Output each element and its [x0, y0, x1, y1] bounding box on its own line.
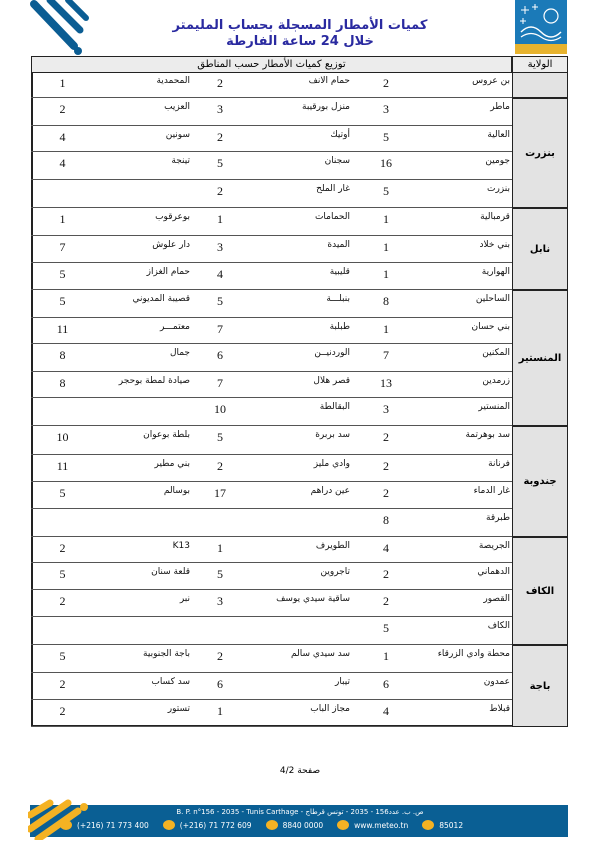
- rainfall-value: 1: [375, 267, 397, 288]
- rainfall-value: 13: [375, 376, 397, 396]
- rainfall-value: 1: [205, 212, 235, 234]
- region-cell: بنزرت: [512, 98, 568, 208]
- station-name: غار الدماء: [395, 486, 510, 507]
- row-divider: [31, 589, 512, 590]
- row-divider: [31, 262, 512, 263]
- footer-contacts: (+216) 71 773 400 (+216) 71 772 609 8840…: [60, 820, 560, 830]
- rainfall-value: 1: [205, 704, 235, 725]
- station-name: بنزرت: [395, 184, 510, 206]
- rainfall-value: 11: [50, 459, 75, 480]
- rainfall-value: 10: [205, 402, 235, 424]
- station-name: سونين: [80, 130, 190, 150]
- rainfall-value: 1: [205, 541, 235, 561]
- station-name: الميدة: [225, 240, 350, 261]
- row-divider: [31, 508, 512, 509]
- rainfall-value: 16: [375, 156, 397, 178]
- station-name: الوردنيــن: [225, 348, 350, 370]
- rainfall-value: 5: [50, 267, 75, 288]
- rainfall-value: 2: [375, 486, 397, 507]
- region-cell: باجة: [512, 645, 568, 727]
- station-name: قلعة سنان: [80, 567, 190, 588]
- region-cell: [512, 72, 568, 98]
- rainfall-value: 1: [50, 212, 75, 234]
- station-name: قصر هلال: [225, 376, 350, 396]
- row-divider: [31, 425, 512, 426]
- station-name: [225, 513, 350, 535]
- station-name: [80, 513, 190, 535]
- sms-icon: [422, 820, 434, 830]
- rainfall-value: 8: [375, 513, 397, 535]
- station-name: الطويرف: [225, 541, 350, 561]
- station-name: جومين: [395, 156, 510, 178]
- station-name: فرنانة: [395, 459, 510, 480]
- station-name: تيبار: [225, 677, 350, 698]
- station-name: أوتيك: [225, 130, 350, 150]
- contact-phone[interactable]: (+216) 71 773 400: [60, 820, 149, 830]
- rainfall-value: 7: [205, 322, 235, 342]
- station-name: طبرقة: [395, 513, 510, 535]
- contact-fax[interactable]: (+216) 71 772 609: [163, 820, 252, 830]
- station-name: تستور: [80, 704, 190, 725]
- station-name: K13: [80, 541, 190, 561]
- rainfall-value: 3: [375, 402, 397, 424]
- station-name: نبر: [80, 594, 190, 615]
- row-divider: [31, 699, 512, 700]
- rainfall-value: 7: [375, 348, 397, 370]
- row-divider: [31, 644, 512, 645]
- station-name: القصور: [395, 594, 510, 615]
- rainfall-value: 6: [205, 677, 235, 698]
- rainfall-value: 8: [375, 294, 397, 316]
- row-divider: [31, 397, 512, 398]
- station-name: سد سيدي سالم: [225, 649, 350, 671]
- rainfall-value: 2: [50, 102, 75, 124]
- row-divider: [31, 672, 512, 673]
- station-name: زرمدين: [395, 376, 510, 396]
- row-divider: [31, 235, 512, 236]
- rainfall-value: 3: [205, 240, 235, 261]
- rainfall-value: 1: [50, 76, 75, 96]
- station-name: الجريصة: [395, 541, 510, 561]
- station-name: غار الملح: [225, 184, 350, 206]
- station-name: وادي مليز: [225, 459, 350, 480]
- row-divider: [31, 616, 512, 617]
- contact-sms[interactable]: 85012: [422, 820, 463, 830]
- station-name: العالية: [395, 130, 510, 150]
- station-name: بن عروس: [395, 76, 510, 96]
- row-divider: [31, 481, 512, 482]
- phone-icon: [60, 820, 72, 830]
- station-name: الدهماني: [395, 567, 510, 588]
- station-name: بوعرقوب: [80, 212, 190, 234]
- station-name: البقالطة: [225, 402, 350, 424]
- report-title: كميات الأمطار المسجلة بحساب المليمتر: [150, 18, 450, 33]
- station-name: عمدون: [395, 677, 510, 698]
- rainfall-value: 4: [375, 541, 397, 561]
- station-name: عين دراهم: [225, 486, 350, 507]
- rainfall-value: 5: [375, 184, 397, 206]
- rainfall-value: 2: [50, 594, 75, 615]
- rainfall-value: 4: [50, 156, 75, 178]
- station-name: [225, 621, 350, 643]
- station-name: العزيب: [80, 102, 190, 124]
- rainfall-value: [205, 513, 235, 535]
- rainfall-value: 1: [375, 322, 397, 342]
- rainfall-value: 1: [375, 212, 397, 234]
- rainfall-value: 2: [50, 541, 75, 561]
- rainfall-value: [50, 621, 75, 643]
- station-name: بلطة بوعوان: [80, 430, 190, 453]
- row-divider: [31, 97, 512, 98]
- rainfall-value: 2: [205, 76, 235, 96]
- rainfall-value: 5: [205, 156, 235, 178]
- station-name: بوسالم: [80, 486, 190, 507]
- rainfall-value: 4: [50, 130, 75, 150]
- station-name: قبلاط: [395, 704, 510, 725]
- rainfall-value: [50, 513, 75, 535]
- rainfall-value: 5: [205, 567, 235, 588]
- rainfall-value: 2: [375, 76, 397, 96]
- rainfall-value: 5: [375, 621, 397, 643]
- station-name: تاجروين: [225, 567, 350, 588]
- rainfall-value: 2: [375, 459, 397, 480]
- stripes-logo-icon: [30, 0, 90, 56]
- row-divider: [31, 151, 512, 152]
- rainfall-value: 5: [50, 486, 75, 507]
- rainfall-value: 2: [375, 567, 397, 588]
- station-name: الكاف: [395, 621, 510, 643]
- rainfall-value: 11: [50, 322, 75, 342]
- footer-stripes-icon: [28, 795, 88, 840]
- row-divider: [31, 289, 512, 290]
- station-name: معتمـــر: [80, 322, 190, 342]
- rainfall-value: [205, 621, 235, 643]
- rainfall-value: 6: [205, 348, 235, 370]
- station-name: صيادة لمطة بوحجر: [80, 376, 190, 396]
- hotline-icon: [266, 820, 278, 830]
- rainfall-value: 3: [205, 594, 235, 615]
- rainfall-value: 2: [50, 677, 75, 698]
- station-name: قصيبة المديوني: [80, 294, 190, 316]
- rainfall-value: 5: [50, 294, 75, 316]
- station-name: [80, 621, 190, 643]
- station-name: ساقية سيدي يوسف: [225, 594, 350, 615]
- station-name: دار علوش: [80, 240, 190, 261]
- rainfall-value: 4: [205, 267, 235, 288]
- row-divider: [31, 125, 512, 126]
- rainfall-value: 17: [205, 486, 235, 507]
- station-name: تينجة: [80, 156, 190, 178]
- rainfall-value: 2: [205, 459, 235, 480]
- rainfall-value: [50, 402, 75, 424]
- row-divider: [31, 207, 512, 208]
- station-name: جمال: [80, 348, 190, 370]
- station-name: المكنين: [395, 348, 510, 370]
- rainfall-value: 2: [50, 704, 75, 725]
- rainfall-value: 5: [50, 567, 75, 588]
- rainfall-value: 10: [50, 430, 75, 453]
- row-divider: [31, 179, 512, 180]
- contact-website[interactable]: www.meteo.tn: [337, 820, 408, 830]
- inm-logo-icon: [515, 0, 567, 54]
- station-name: سد كساب: [80, 677, 190, 698]
- station-name: طبلبة: [225, 322, 350, 342]
- rainfall-value: 1: [375, 649, 397, 671]
- rainfall-value: 7: [50, 240, 75, 261]
- contact-hotline[interactable]: 8840 0000: [266, 820, 324, 830]
- station-name: [80, 184, 190, 206]
- region-cell: الكاف: [512, 537, 568, 645]
- station-name: قليبية: [225, 267, 350, 288]
- row-divider: [31, 454, 512, 455]
- footer-address: B. P. n°156 - 2035 - Tunis Carthage - ص.…: [0, 808, 600, 816]
- page-number: صفحة 4/2: [0, 766, 600, 776]
- station-name: الساحلين: [395, 294, 510, 316]
- fax-icon: [163, 820, 175, 830]
- station-name: المنستير: [395, 402, 510, 424]
- rainfall-value: 6: [375, 677, 397, 698]
- rainfall-value: 2: [205, 130, 235, 150]
- header-region: الولاية: [512, 56, 568, 73]
- rainfall-value: 2: [205, 184, 235, 206]
- region-cell: نابل: [512, 208, 568, 290]
- station-name: قرمبالية: [395, 212, 510, 234]
- rainfall-value: 4: [375, 704, 397, 725]
- rainfall-value: 2: [375, 594, 397, 615]
- station-name: سجنان: [225, 156, 350, 178]
- rainfall-value: 7: [205, 376, 235, 396]
- station-name: الهوارية: [395, 267, 510, 288]
- region-cell: جندوبة: [512, 426, 568, 537]
- rainfall-value: 5: [50, 649, 75, 671]
- rainfall-value: 2: [375, 430, 397, 453]
- rainfall-value: 5: [205, 294, 235, 316]
- station-name: حمام الغزاز: [80, 267, 190, 288]
- station-name: سد بوهرتمة: [395, 430, 510, 453]
- station-name: بنبلـــة: [225, 294, 350, 316]
- station-name: [80, 402, 190, 424]
- station-name: محطة وادي الزرقاء: [395, 649, 510, 671]
- station-name: مجاز الباب: [225, 704, 350, 725]
- rainfall-value: 5: [205, 430, 235, 453]
- rainfall-value: 2: [205, 649, 235, 671]
- header-distribution: توزيع كميات الأمطار حسب المناطق: [31, 56, 512, 73]
- row-divider: [31, 536, 512, 537]
- station-name: سد بربرة: [225, 430, 350, 453]
- row-divider: [31, 371, 512, 372]
- station-name: بني خلاد: [395, 240, 510, 261]
- station-name: بني حسان: [395, 322, 510, 342]
- station-name: باجة الجنوبية: [80, 649, 190, 671]
- row-divider: [31, 317, 512, 318]
- rainfall-value: [50, 184, 75, 206]
- report-subtitle: خلال 24 ساعة الفارطة: [150, 34, 450, 49]
- row-divider: [31, 726, 512, 727]
- rainfall-value: 5: [375, 130, 397, 150]
- station-name: منزل بورقيبة: [225, 102, 350, 124]
- rainfall-value: 8: [50, 376, 75, 396]
- globe-icon: [337, 820, 349, 830]
- rainfall-value: 1: [375, 240, 397, 261]
- station-name: المحمدية: [80, 76, 190, 96]
- rainfall-value: 3: [205, 102, 235, 124]
- station-name: الحمامات: [225, 212, 350, 234]
- station-name: حمام الانف: [225, 76, 350, 96]
- region-cell: المنستير: [512, 290, 568, 426]
- row-divider: [31, 343, 512, 344]
- station-name: ماطر: [395, 102, 510, 124]
- row-divider: [31, 562, 512, 563]
- rainfall-value: 8: [50, 348, 75, 370]
- station-name: بني مطير: [80, 459, 190, 480]
- rainfall-value: 3: [375, 102, 397, 124]
